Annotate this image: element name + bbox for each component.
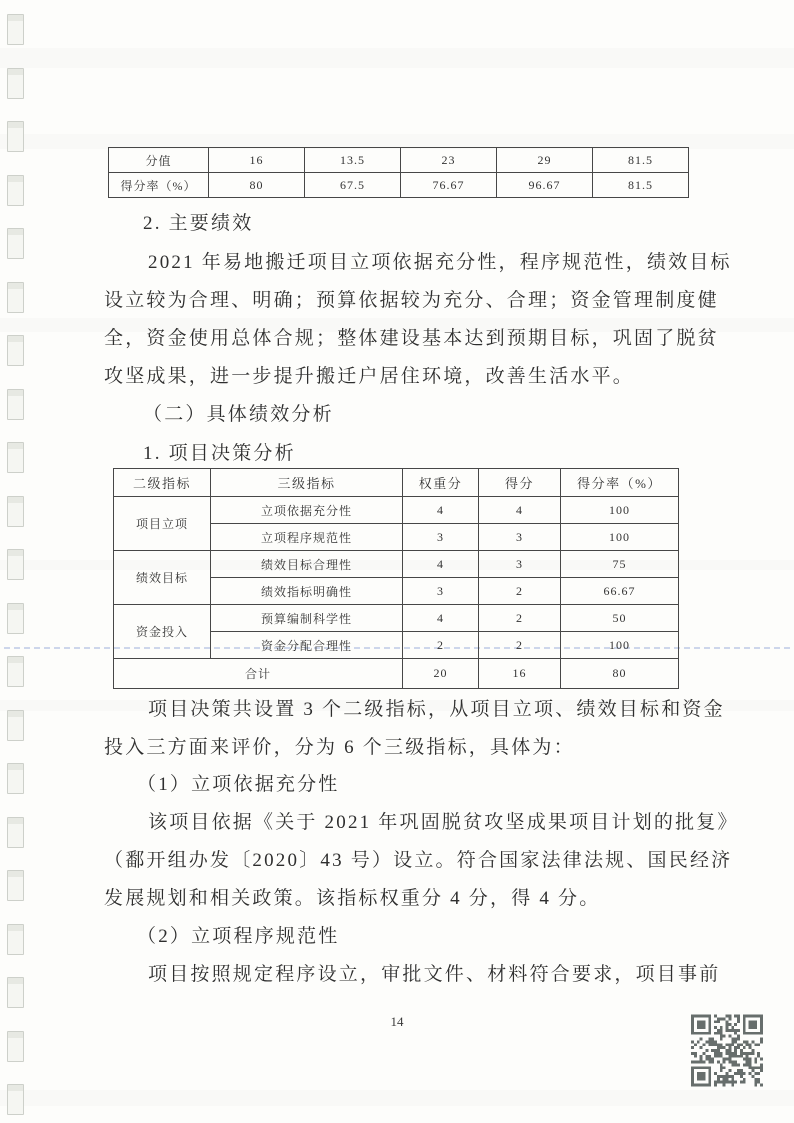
total-label-cell: 合计 — [114, 659, 403, 689]
binding-hole — [7, 710, 24, 741]
table-cell: 立项程序规范性 — [211, 524, 403, 551]
heading-item-2: （2）立项程序规范性 — [137, 924, 677, 950]
summary-cell: 81.5 — [593, 148, 689, 173]
table-cell: 2 — [479, 578, 561, 605]
group-label-cell: 绩效目标 — [114, 551, 211, 605]
table-row: 绩效目标 绩效目标合理性 4 3 75 — [114, 551, 679, 578]
summary-cell: 13.5 — [305, 148, 401, 173]
binding-hole — [7, 496, 24, 527]
binding-hole — [7, 549, 24, 580]
binding-hole — [7, 817, 24, 848]
table-cell: 20 — [403, 659, 479, 689]
body-text-line: 全，资金使用总体合规；整体建设基本达到预期目标，巩固了脱贫 — [104, 326, 690, 352]
table-row: 资金投入 预算编制科学性 4 2 50 — [114, 605, 679, 632]
column-header: 得分率（%） — [561, 469, 679, 497]
binding-hole — [7, 14, 24, 45]
body-text-line: 设立较为合理、明确；预算依据较为充分、合理；资金管理制度健 — [104, 288, 690, 314]
binding-hole — [7, 1031, 24, 1062]
body-text-line: 2021 年易地搬迁项目立项依据充分性，程序规范性，绩效目标 — [104, 250, 690, 276]
binding-hole — [7, 228, 24, 259]
group-label-cell: 资金投入 — [114, 605, 211, 659]
table-cell: 4 — [403, 497, 479, 524]
binding-hole — [7, 763, 24, 794]
binding-hole — [7, 924, 24, 955]
summary-cell: 16 — [209, 148, 305, 173]
body-text-line: 项目决策共设置 3 个二级指标，从项目立项、绩效目标和资金 — [104, 697, 690, 723]
table-cell: 3 — [403, 524, 479, 551]
binding-hole — [7, 442, 24, 473]
binding-hole — [7, 389, 24, 420]
heading-item-1: （1）立项依据充分性 — [137, 772, 677, 798]
heading-specific-analysis: （二）具体绩效分析 — [143, 402, 683, 428]
table-cell: 4 — [403, 605, 479, 632]
table-cell: 3 — [479, 551, 561, 578]
summary-cell: 76.67 — [401, 173, 497, 198]
binding-hole — [7, 282, 24, 313]
scan-streak — [0, 1090, 794, 1106]
binding-hole — [7, 68, 24, 99]
column-header: 三级指标 — [211, 469, 403, 497]
table-cell: 2 — [479, 632, 561, 659]
table-cell: 100 — [561, 497, 679, 524]
summary-cell: 96.67 — [497, 173, 593, 198]
table-cell: 50 — [561, 605, 679, 632]
table-cell: 绩效指标明确性 — [211, 578, 403, 605]
column-header: 二级指标 — [114, 469, 211, 497]
table-cell: 3 — [479, 524, 561, 551]
table-cell: 75 — [561, 551, 679, 578]
binding-hole — [7, 603, 24, 634]
summary-cell: 67.5 — [305, 173, 401, 198]
binding-hole — [7, 121, 24, 152]
column-header: 得分 — [479, 469, 561, 497]
total-row: 合计 20 16 80 — [114, 659, 679, 689]
table-cell: 4 — [403, 551, 479, 578]
binding-hole — [7, 335, 24, 366]
table-cell: 100 — [561, 524, 679, 551]
table-cell: 4 — [479, 497, 561, 524]
body-text-line: （鄱开组办发〔2020〕43 号）设立。符合国家法律法规、国民经济 — [104, 848, 690, 874]
body-text-line: 发展规划和相关政策。该指标权重分 4 分，得 4 分。 — [104, 886, 690, 912]
table-cell: 100 — [561, 632, 679, 659]
table-cell: 80 — [561, 659, 679, 689]
table-cell: 资金分配合理性 — [211, 632, 403, 659]
summary-cell: 81.5 — [593, 173, 689, 198]
table-cell: 2 — [403, 632, 479, 659]
binding-hole — [7, 977, 24, 1008]
summary-row: 分值 16 13.5 23 29 81.5 — [109, 148, 689, 173]
summary-cell: 23 — [401, 148, 497, 173]
body-text-line: 该项目依据《关于 2021 年巩固脱贫攻坚成果项目计划的批复》 — [104, 810, 690, 836]
qr-code — [691, 1014, 763, 1087]
table-row: 项目立项 立项依据充分性 4 4 100 — [114, 497, 679, 524]
table-header-row: 二级指标 三级指标 权重分 得分 得分率（%） — [114, 469, 679, 497]
table-cell: 绩效目标合理性 — [211, 551, 403, 578]
binding-hole — [7, 1084, 24, 1115]
binding-hole — [7, 175, 24, 206]
summary-row-label: 分值 — [109, 148, 209, 173]
decision-analysis-table: 二级指标 三级指标 权重分 得分 得分率（%） 项目立项 立项依据充分性 4 4… — [113, 468, 679, 689]
column-header: 权重分 — [403, 469, 479, 497]
summary-cell: 29 — [497, 148, 593, 173]
heading-project-decision: 1. 项目决策分析 — [143, 441, 683, 467]
body-text-line: 项目按照规定程序设立，审批文件、材料符合要求，项目事前 — [104, 962, 690, 988]
page-number: 14 — [0, 1014, 794, 1030]
binding-hole — [7, 870, 24, 901]
binding-hole — [7, 656, 24, 687]
table-cell: 2 — [479, 605, 561, 632]
table-cell: 预算编制科学性 — [211, 605, 403, 632]
group-label-cell: 项目立项 — [114, 497, 211, 551]
document-page: { "summary_table": { "rows": [ { "label"… — [0, 0, 794, 1123]
summary-score-table: 分值 16 13.5 23 29 81.5 得分率（%） 80 67.5 76.… — [108, 147, 689, 198]
body-text-line: 攻坚成果，进一步提升搬迁户居住环境，改善生活水平。 — [104, 364, 690, 390]
summary-cell: 80 — [209, 173, 305, 198]
table-cell: 16 — [479, 659, 561, 689]
summary-row: 得分率（%） 80 67.5 76.67 96.67 81.5 — [109, 173, 689, 198]
summary-row-label: 得分率（%） — [109, 173, 209, 198]
body-text-line: 投入三方面来评价，分为 6 个三级指标，具体为： — [104, 735, 690, 761]
table-cell: 66.67 — [561, 578, 679, 605]
table-cell: 3 — [403, 578, 479, 605]
scan-streak — [0, 48, 794, 68]
table-cell: 立项依据充分性 — [211, 497, 403, 524]
heading-main-performance: 2. 主要绩效 — [143, 211, 683, 237]
